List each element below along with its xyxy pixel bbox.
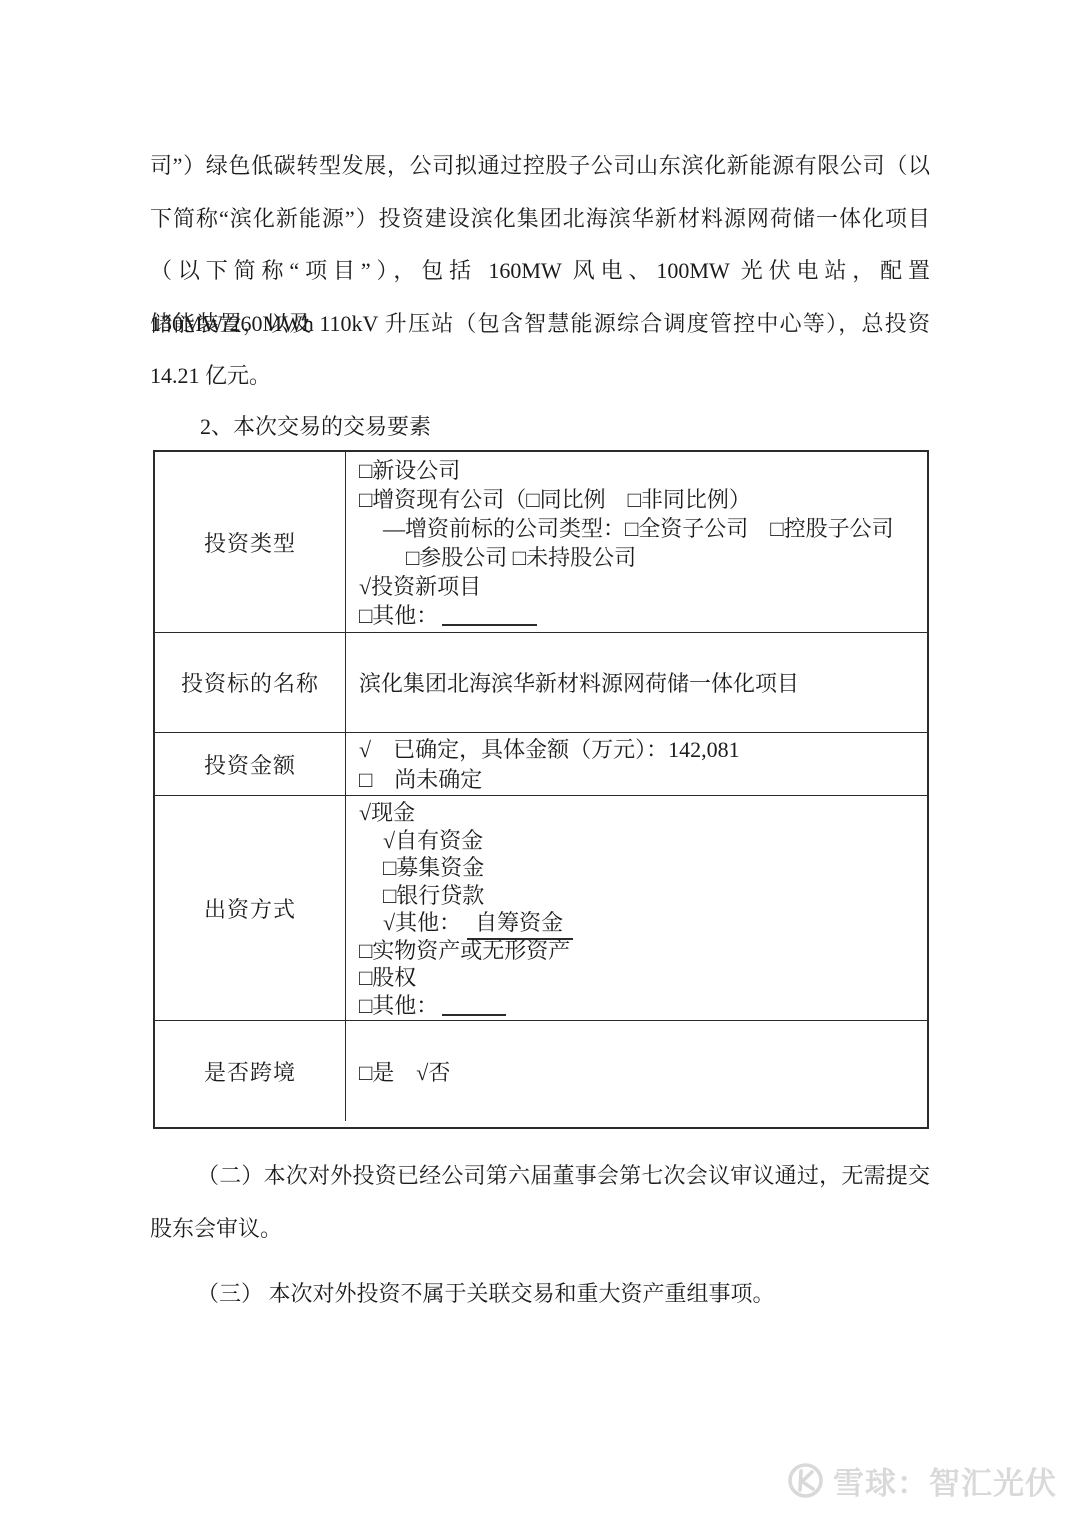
transaction-elements-table: 投资类型 □新设公司 □增资现有公司（□同比例 □非同比例） —增资前标的公司类… [153, 450, 929, 1129]
row-value: √ 已确定，具体金额（万元）：142,081 □ 尚未确定 [346, 733, 927, 795]
row-value: □新设公司 □增资现有公司（□同比例 □非同比例） —增资前标的公司类型：□全资… [346, 452, 927, 632]
blank-underline [442, 608, 537, 626]
target-name-text: 滨化集团北海滨华新材料源网荷储一体化项目 [359, 667, 799, 698]
paragraph-line: （二）本次对外投资已经公司第六届董事会第七次会议审议通过，无需提交 [150, 1150, 930, 1203]
checkbox-option-checked: √ 已确定，具体金额（万元）：142,081 [359, 735, 927, 765]
checkbox-option: □ 尚未确定 [359, 765, 927, 795]
watermark-text: 雪球：智汇光伏 [833, 1458, 1057, 1503]
checkbox-option-other: □其他： [359, 992, 927, 1020]
row-label: 投资金额 [155, 733, 346, 795]
checkbox-option: □股权 [359, 964, 927, 992]
intro-line: 司”）绿色低碳转型发展，公司拟通过控股子公司山东滨化新能源有限公司（以 [150, 140, 930, 193]
row-value: 滨化集团北海滨华新材料源网荷储一体化项目 [346, 633, 927, 732]
blank-underline [442, 998, 506, 1016]
paragraph-line: 股东会审议。 [150, 1203, 930, 1256]
checkbox-option: □募集资金 [359, 854, 927, 882]
checkbox-option: —增资前标的公司类型：□全资子公司 □控股子公司 [359, 514, 927, 543]
table-row-investment-type: 投资类型 □新设公司 □增资现有公司（□同比例 □非同比例） —增资前标的公司类… [155, 452, 927, 632]
intro-line: 14.21 亿元。 [150, 350, 930, 403]
site-watermark: 雪球：智汇光伏 [787, 1458, 1057, 1503]
row-label: 出资方式 [155, 796, 346, 1020]
intro-line: 储能装置，以及 110kV 升压站（包含智慧能源综合调度管控中心等），总投资 [150, 298, 930, 351]
filled-underline-text: 自筹资金 [467, 909, 573, 940]
table-row-target-name: 投资标的名称 滨化集团北海滨华新材料源网荷储一体化项目 [155, 632, 927, 732]
checkbox-option: □增资现有公司（□同比例 □非同比例） [359, 485, 927, 514]
paragraph-line: （三） 本次对外投资不属于关联交易和重大资产重组事项。 [150, 1268, 930, 1321]
checkbox-option: □参股公司 □未持股公司 [359, 543, 927, 572]
closing-paragraph-2: （二）本次对外投资已经公司第六届董事会第七次会议审议通过，无需提交 股东会审议。 [150, 1150, 930, 1255]
document-page: { "document": { "intro_lines": [ "司”）绿色低… [0, 0, 1080, 1527]
checkbox-option: □实物资产或无形资产 [359, 937, 927, 965]
option-text: √其他： [383, 910, 461, 935]
row-label: 投资类型 [155, 452, 346, 632]
intro-line: 下简称“滨化新能源”）投资建设滨化集团北海滨华新材料源网荷储一体化项目 [150, 193, 930, 246]
table-row-investment-amount: 投资金额 √ 已确定，具体金额（万元）：142,081 □ 尚未确定 [155, 732, 927, 795]
checkbox-option: □银行贷款 [359, 882, 927, 910]
cross-border-options: □是 √否 [359, 1056, 450, 1087]
option-text: □其他： [359, 993, 438, 1018]
section-heading: 2、本次交易的交易要素 [150, 405, 930, 449]
checkbox-option: □新设公司 [359, 456, 927, 485]
closing-paragraph-3: （三） 本次对外投资不属于关联交易和重大资产重组事项。 [150, 1268, 930, 1321]
checkbox-option-checked: √自有资金 [359, 827, 927, 855]
intro-paragraph: 司”）绿色低碳转型发展，公司拟通过控股子公司山东滨化新能源有限公司（以 下简称“… [150, 140, 930, 403]
row-value: √现金 √自有资金 □募集资金 □银行贷款 √其他：自筹资金 □实物资产或无形资… [346, 796, 927, 1020]
intro-line: （以下简称“项目”），包括 160MW 风电、100MW 光伏电站，配置 130… [150, 245, 930, 298]
table-row-cross-border: 是否跨境 □是 √否 [155, 1020, 927, 1121]
row-value: □是 √否 [346, 1021, 927, 1121]
table-row-funding-method: 出资方式 √现金 √自有资金 □募集资金 □银行贷款 √其他：自筹资金 □实物资… [155, 795, 927, 1020]
checkbox-option-other-checked: √其他：自筹资金 [359, 909, 927, 937]
row-label: 是否跨境 [155, 1021, 346, 1121]
option-text: □其他： [359, 603, 438, 628]
row-label: 投资标的名称 [155, 633, 346, 732]
checkbox-option-other: □其他： [359, 601, 927, 630]
checkbox-option-checked: √现金 [359, 799, 927, 827]
checkbox-option-checked: √投资新项目 [359, 572, 927, 601]
xueqiu-logo-icon [787, 1462, 824, 1499]
